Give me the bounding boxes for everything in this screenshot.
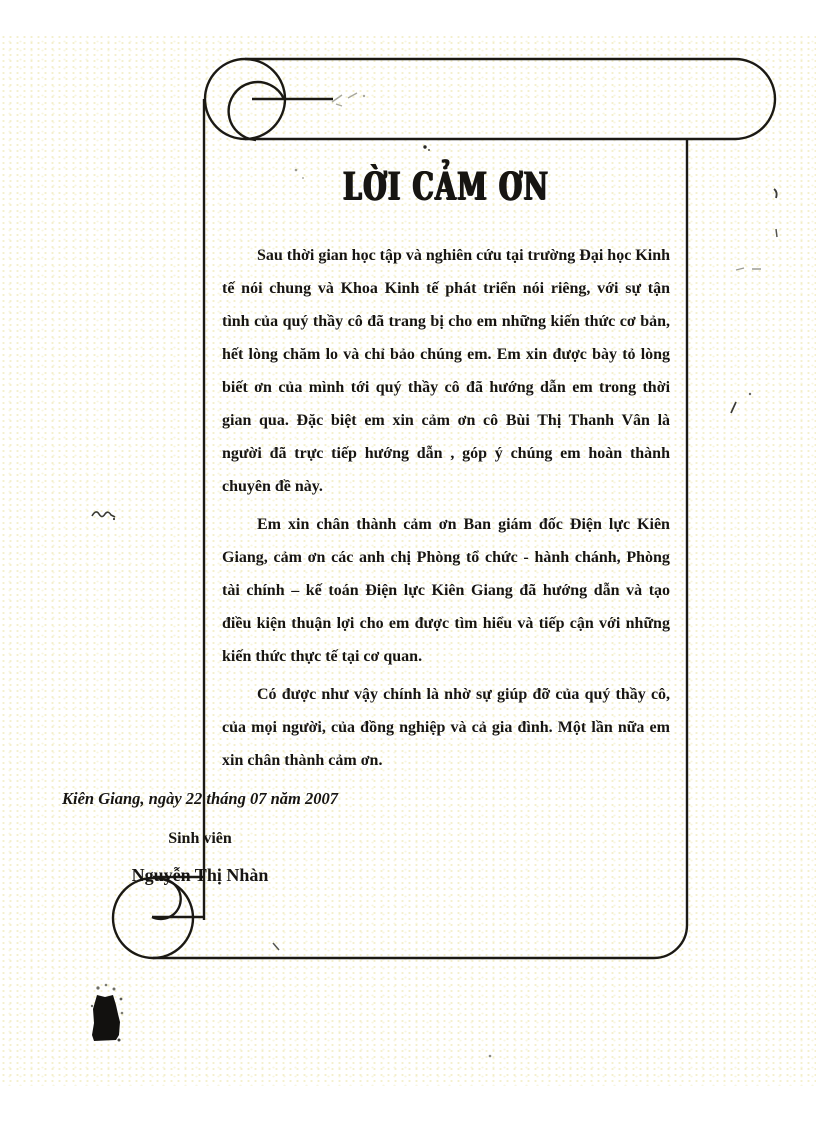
text-line: người đã trực tiếp hướng dẫn , góp ý chú… xyxy=(222,437,670,470)
text-line-content: của mọi người, của đồng nghiệp và cả gia… xyxy=(222,719,670,736)
text-line: tế nói chung và Khoa Kinh tế phát triển … xyxy=(222,272,670,305)
letter-paragraph-2: Em xin chân thành cảm ơn Ban giám đốc Đi… xyxy=(222,508,670,673)
letter-title: LỜI CẢM ƠN xyxy=(222,165,670,207)
text-line: tình của quý thầy cô đã trang bị cho em … xyxy=(222,305,670,338)
text-line: Có được như vậy chính là nhờ sự giúp đỡ … xyxy=(222,678,670,711)
scroll-top-roll xyxy=(205,59,775,140)
text-line-content: tế nói chung và Khoa Kinh tế phát triển … xyxy=(222,280,670,297)
text-line: gian qua. Đặc biệt em xin cảm ơn cô Bùi … xyxy=(222,404,670,437)
signer-role-text: Sinh viên xyxy=(168,830,232,847)
text-line: hết lòng chăm lo và chỉ bảo chúng em. Em… xyxy=(222,338,670,371)
text-line-content: người đã trực tiếp hướng dẫn , góp ý chú… xyxy=(222,445,670,462)
text-line: kiến thức thực tế tại cơ quan. xyxy=(222,640,670,673)
text-line-content: xin chân thành cảm ơn. xyxy=(222,752,382,769)
text-line-content: Sau thời gian học tập và nghiên cứu tại … xyxy=(257,247,670,264)
text-line: xin chân thành cảm ơn. xyxy=(222,744,670,777)
text-line-content: điều kiện thuận lợi cho em được tìm hiểu… xyxy=(222,615,670,632)
text-line: của mọi người, của đồng nghiệp và cả gia… xyxy=(222,711,670,744)
letter-title-text: LỜI CẢM ƠN xyxy=(343,164,549,208)
handwriting-scribble-artifact xyxy=(92,512,115,520)
text-line: tài chính – kế toán Điện lực Kiên Giang … xyxy=(222,574,670,607)
text-line: biết ơn của mình tới quý thầy cô đã hướn… xyxy=(222,371,670,404)
text-line-content: Giang, cảm ơn các anh chị Phòng tổ chức … xyxy=(222,549,670,566)
text-line-content: gian qua. Đặc biệt em xin cảm ơn cô Bùi … xyxy=(222,412,670,429)
text-line-content: Có được như vậy chính là nhờ sự giúp đỡ … xyxy=(257,686,670,703)
text-line: chuyên đề này. xyxy=(222,470,670,503)
text-line-content: tình của quý thầy cô đã trang bị cho em … xyxy=(222,313,670,330)
text-line: Em xin chân thành cảm ơn Ban giám đốc Đi… xyxy=(222,508,670,541)
text-line-content: biết ơn của mình tới quý thầy cô đã hướn… xyxy=(222,379,670,396)
ink-blob-artifact xyxy=(91,984,123,1042)
signer-role: Sinh viên xyxy=(0,822,400,855)
scanned-letter-page: LỜI CẢM ƠN Sau thời gian học tập và nghi… xyxy=(0,0,816,1123)
letter-paragraph-1: Sau thời gian học tập và nghiên cứu tại … xyxy=(222,239,670,503)
text-line: Giang, cảm ơn các anh chị Phòng tổ chức … xyxy=(222,541,670,574)
text-line-content: chuyên đề này. xyxy=(222,478,323,495)
text-line-content: hết lòng chăm lo và chỉ bảo chúng em. Em… xyxy=(222,346,670,363)
text-line-content: Em xin chân thành cảm ơn Ban giám đốc Đi… xyxy=(257,516,670,533)
text-line: điều kiện thuận lợi cho em được tìm hiểu… xyxy=(222,607,670,640)
letter-paragraph-3: Có được như vậy chính là nhờ sự giúp đỡ … xyxy=(222,678,670,777)
text-line-content: tài chính – kế toán Điện lực Kiên Giang … xyxy=(222,582,670,599)
signer-name: Nguyễn Thị Nhàn xyxy=(0,859,400,892)
place-date-text: Kiên Giang, ngày 22 tháng 07 năm 2007 xyxy=(62,789,338,808)
text-line: Sau thời gian học tập và nghiên cứu tại … xyxy=(222,239,670,272)
text-line-content: kiến thức thực tế tại cơ quan. xyxy=(222,648,422,665)
signer-name-text: Nguyễn Thị Nhàn xyxy=(132,865,269,885)
place-date-line: Kiên Giang, ngày 22 tháng 07 năm 2007 xyxy=(0,782,400,815)
